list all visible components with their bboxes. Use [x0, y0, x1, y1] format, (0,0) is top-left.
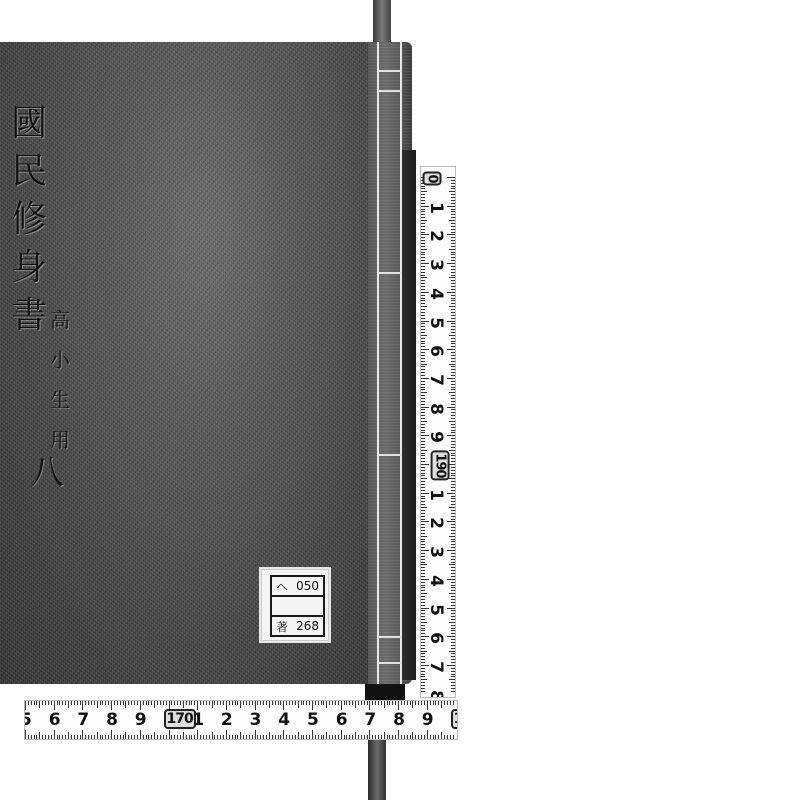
ruler-tick	[451, 656, 455, 657]
ruler-tick	[404, 735, 405, 739]
ruler-tick	[137, 701, 138, 705]
ruler-tick	[451, 501, 455, 502]
ruler-tick	[451, 562, 455, 563]
ruler-tick	[421, 541, 425, 542]
ruler-tick	[220, 735, 221, 739]
ruler-tick	[421, 415, 425, 416]
ruler-tick	[451, 599, 455, 600]
ruler-number: 8	[393, 710, 405, 730]
ruler-tick	[421, 226, 425, 227]
ruler-tick	[451, 300, 455, 301]
ruler-tick	[74, 735, 75, 739]
ruler-tick	[451, 630, 455, 631]
ruler-tick	[421, 355, 425, 356]
ruler-tick	[451, 229, 455, 230]
ruler-tick	[421, 516, 425, 517]
ruler-tick	[421, 246, 425, 247]
ruler-tick	[358, 701, 359, 705]
ruler-tick	[421, 306, 427, 307]
ruler-tick	[421, 352, 425, 353]
ruler-tick	[289, 701, 290, 705]
ruler-number: 3	[250, 710, 262, 730]
ruler-tick	[451, 682, 455, 683]
ruler-tick	[451, 573, 455, 574]
ruler-tick	[421, 194, 425, 195]
ruler-tick	[312, 730, 313, 739]
ruler-tick	[415, 735, 416, 739]
ruler-tick	[42, 701, 43, 705]
ruler-tick	[421, 619, 425, 620]
ruler-tick	[269, 701, 270, 708]
ruler-tick	[447, 349, 455, 350]
ruler-tick	[206, 735, 207, 739]
ruler-tick	[421, 260, 425, 261]
ruler-tick	[451, 240, 455, 241]
ruler-tick	[255, 701, 256, 710]
ruler-tick	[451, 447, 455, 448]
ruler-tick	[421, 220, 427, 221]
label-row-blank	[272, 597, 323, 617]
ruler-tick	[421, 602, 425, 603]
ruler-tick	[451, 275, 455, 276]
ruler-tick	[323, 735, 324, 739]
binding-stitch	[378, 70, 402, 72]
ruler-tick	[209, 701, 210, 705]
ruler-tick	[449, 277, 455, 278]
ruler-tick	[451, 596, 455, 597]
ruler-number: 6	[426, 345, 446, 357]
ruler-tick	[120, 701, 121, 705]
ruler-tick	[249, 701, 250, 705]
ruler-tick	[111, 701, 112, 710]
ruler-tick	[148, 701, 149, 705]
ruler-tick	[421, 401, 425, 402]
ruler-tick	[435, 701, 436, 705]
ruler-tick	[421, 444, 425, 445]
ruler-tick	[171, 735, 172, 739]
ruler-tick	[344, 701, 345, 705]
ruler-tick	[272, 701, 273, 705]
ruler-tick	[451, 432, 455, 433]
ruler-tick	[421, 651, 427, 652]
ruler-number: 190	[431, 450, 450, 480]
ruler-tick	[269, 732, 270, 739]
ruler-tick	[451, 343, 455, 344]
ruler-tick	[421, 616, 425, 617]
ruler-tick	[451, 223, 455, 224]
ruler-tick	[421, 329, 425, 330]
ruler-tick	[421, 679, 427, 680]
ruler-tick	[449, 564, 455, 565]
ruler-tick	[252, 701, 253, 705]
ruler-tick	[451, 441, 455, 442]
ruler-tick	[387, 701, 388, 705]
ruler-tick	[389, 701, 390, 705]
ruler-tick	[100, 735, 101, 739]
ruler-tick	[34, 701, 35, 705]
ruler-tick	[451, 642, 455, 643]
ruler-tick	[451, 214, 455, 215]
ruler-tick	[421, 504, 425, 505]
ruler-tick	[421, 642, 425, 643]
ruler-number: 8	[426, 403, 446, 415]
ruler-tick	[421, 653, 425, 654]
ruler-tick	[421, 361, 425, 362]
ruler-tick	[447, 292, 455, 293]
ruler-tick	[451, 530, 455, 531]
ruler-tick	[421, 381, 425, 382]
ruler-tick	[369, 701, 370, 710]
ruler-tick	[34, 735, 35, 739]
ruler-tick	[257, 735, 258, 739]
ruler-tick	[154, 701, 155, 708]
ruler-tick	[451, 524, 455, 525]
ruler-tick	[451, 387, 455, 388]
ruler-tick	[48, 701, 49, 705]
ruler-tick	[421, 269, 425, 270]
ruler-tick	[137, 735, 138, 739]
ruler-tick	[421, 582, 425, 583]
ruler-tick	[62, 701, 63, 705]
ruler-tick	[31, 701, 32, 705]
ruler-tick	[451, 590, 455, 591]
ruler-tick	[421, 481, 425, 482]
ruler-tick	[421, 237, 425, 238]
title-char: 身	[11, 244, 47, 292]
ruler-tick	[451, 473, 455, 474]
ruler-tick	[361, 701, 362, 705]
vertical-ruler: 012345678919012345678	[420, 166, 456, 698]
ruler-tick	[191, 701, 192, 705]
ruler-tick	[209, 735, 210, 739]
binding-stitch	[378, 662, 402, 664]
ruler-tick	[260, 735, 261, 739]
ruler-tick	[197, 730, 198, 739]
ruler-tick	[421, 596, 425, 597]
binding-stick-bottom	[368, 738, 386, 800]
ruler-tick	[318, 735, 319, 739]
ruler-tick	[407, 701, 408, 705]
ruler-tick	[421, 564, 427, 565]
ruler-tick	[212, 732, 213, 739]
ruler-tick	[421, 298, 425, 299]
ruler-tick	[421, 533, 425, 534]
binding-thread	[400, 42, 402, 684]
ruler-tick	[421, 567, 425, 568]
ruler-number: 2	[426, 517, 446, 529]
ruler-tick	[85, 701, 86, 705]
ruler-tick	[421, 243, 425, 244]
ruler-tick	[315, 701, 316, 705]
ruler-tick	[421, 556, 425, 557]
ruler-tick	[451, 197, 455, 198]
ruler-tick	[451, 467, 455, 468]
ruler-tick	[451, 570, 455, 571]
ruler-tick	[68, 732, 69, 739]
ruler-tick	[85, 735, 86, 739]
ruler-tick	[31, 735, 32, 739]
ruler-tick	[421, 338, 425, 339]
ruler-tick	[447, 608, 455, 609]
ruler-tick	[243, 735, 244, 739]
ruler-tick	[59, 735, 60, 739]
ruler-tick	[421, 656, 425, 657]
ruler-tick	[341, 730, 342, 739]
ruler-tick	[449, 450, 455, 451]
ruler-tick	[364, 735, 365, 739]
ruler-tick	[451, 369, 455, 370]
ruler-tick	[451, 576, 455, 577]
ruler-tick	[421, 346, 425, 347]
ruler-tick	[451, 653, 455, 654]
ruler-tick	[421, 527, 425, 528]
ruler-tick	[88, 735, 89, 739]
ruler-tick	[421, 547, 425, 548]
ruler-tick	[381, 701, 382, 705]
ruler-tick	[421, 553, 425, 554]
ruler-tick	[364, 701, 365, 705]
ruler-tick	[421, 484, 425, 485]
ruler-tick	[421, 392, 427, 393]
ruler-tick	[451, 516, 455, 517]
ruler-tick	[421, 369, 425, 370]
title-char: 國	[11, 100, 47, 148]
ruler-tick	[352, 735, 353, 739]
ruler-tick	[160, 735, 161, 739]
ruler-tick	[82, 730, 83, 739]
ruler-tick	[421, 209, 425, 210]
ruler-tick	[315, 735, 316, 739]
ruler-tick	[421, 197, 425, 198]
ruler-tick	[450, 701, 451, 705]
ruler-tick	[223, 701, 224, 705]
ruler-tick	[421, 461, 425, 462]
ruler-tick	[358, 735, 359, 739]
ruler-tick	[280, 735, 281, 739]
ruler-tick	[451, 341, 455, 342]
title-char: 民	[11, 148, 47, 196]
ruler-tick	[229, 735, 230, 739]
ruler-tick	[421, 358, 425, 359]
ruler-tick	[451, 355, 455, 356]
ruler-tick	[114, 701, 115, 705]
ruler-tick	[54, 730, 55, 739]
ruler-tick	[451, 384, 455, 385]
ruler-tick	[421, 280, 425, 281]
ruler-tick	[421, 464, 429, 465]
ruler-tick	[68, 701, 69, 708]
ruler-tick	[421, 312, 425, 313]
ruler-tick	[451, 203, 455, 204]
ruler-tick	[143, 701, 144, 705]
ruler-tick	[451, 671, 455, 672]
ruler-tick	[451, 395, 455, 396]
ruler-tick	[421, 539, 425, 540]
ruler-tick	[421, 688, 425, 689]
ruler-tick	[421, 283, 425, 284]
ruler-tick	[421, 191, 427, 192]
ruler-tick	[295, 701, 296, 705]
ruler-tick	[352, 701, 353, 705]
ruler-tick	[451, 610, 455, 611]
ruler-tick	[321, 701, 322, 705]
ruler-tick	[447, 665, 455, 666]
ruler-tick	[174, 701, 175, 705]
ruler-tick	[451, 616, 455, 617]
ruler-tick	[91, 735, 92, 739]
ruler-tick	[143, 735, 144, 739]
ruler-tick	[372, 735, 373, 739]
ruler-tick	[301, 735, 302, 739]
ruler-tick	[438, 701, 439, 705]
ruler-tick	[421, 496, 425, 497]
ruler-tick	[449, 220, 455, 221]
ruler-tick	[412, 701, 413, 708]
ruler-tick	[451, 194, 455, 195]
ruler-tick	[421, 277, 427, 278]
ruler-tick	[361, 735, 362, 739]
ruler-tick	[105, 701, 106, 705]
ruler-tick	[421, 467, 425, 468]
ruler-tick	[387, 735, 388, 739]
ruler-tick	[263, 701, 264, 705]
ruler-number: 9	[135, 710, 147, 730]
ruler-tick	[151, 701, 152, 705]
ruler-tick	[421, 223, 425, 224]
ruler-tick	[421, 289, 425, 290]
ruler-tick	[427, 701, 428, 710]
ruler-number: 4	[426, 575, 446, 587]
ruler-tick	[451, 453, 455, 454]
ruler-tick	[451, 412, 455, 413]
ruler-tick	[451, 688, 455, 689]
ruler-tick	[206, 701, 207, 705]
ruler-tick	[451, 381, 455, 382]
ruler-tick	[341, 701, 342, 710]
ruler-tick	[421, 232, 425, 233]
ruler-number: 2	[221, 710, 233, 730]
binding-stitch	[378, 636, 402, 638]
ruler-tick	[451, 427, 455, 428]
ruler-tick	[157, 735, 158, 739]
ruler-tick	[194, 701, 195, 705]
ruler-tick	[189, 701, 190, 705]
ruler-tick	[421, 573, 425, 574]
ruler-tick	[272, 735, 273, 739]
library-call-label: ヘ 050 著 268	[261, 569, 329, 641]
ruler-tick	[451, 628, 455, 629]
ruler-number: 2	[426, 230, 446, 242]
ruler-tick	[421, 605, 425, 606]
ruler-tick	[286, 735, 287, 739]
subtitle-char: 小	[50, 340, 70, 380]
ruler-tick	[226, 701, 227, 710]
ruler-tick	[255, 730, 256, 739]
ruler-tick	[148, 735, 149, 739]
ruler-tick	[177, 735, 178, 739]
ruler-tick	[451, 685, 455, 686]
ruler-tick	[232, 735, 233, 739]
ruler-tick	[421, 326, 425, 327]
ruler-tick	[451, 559, 455, 560]
ruler-tick	[421, 487, 425, 488]
ruler-tick	[421, 372, 425, 373]
ruler-tick	[421, 478, 427, 479]
ruler-tick	[451, 556, 455, 557]
ruler-tick	[421, 662, 425, 663]
ruler-tick	[367, 735, 368, 739]
ruler-tick	[421, 366, 425, 367]
ruler-tick	[97, 701, 98, 708]
ruler-tick	[424, 701, 425, 705]
ruler-tick	[375, 701, 376, 705]
ruler-tick	[451, 461, 455, 462]
ruler-tick	[186, 701, 187, 705]
ruler-tick	[451, 676, 455, 677]
ruler-tick	[146, 701, 147, 705]
ruler-tick	[451, 246, 455, 247]
ruler-tick	[275, 735, 276, 739]
ruler-number: 5	[426, 317, 446, 329]
ruler-tick	[275, 701, 276, 705]
ruler-tick	[451, 455, 455, 456]
ruler-tick	[421, 295, 425, 296]
ruler-tick	[223, 735, 224, 739]
ruler-tick	[421, 671, 425, 672]
horizontal-ruler: 5678917012345678918	[24, 700, 458, 740]
ruler-tick	[451, 366, 455, 367]
ruler-tick	[154, 732, 155, 739]
ruler-number: 18	[451, 709, 459, 729]
ruler-tick	[349, 735, 350, 739]
ruler-tick	[125, 701, 126, 708]
ruler-tick	[180, 735, 181, 739]
ruler-tick	[346, 701, 347, 705]
ruler-tick	[80, 735, 81, 739]
ruler-tick	[169, 730, 170, 739]
ruler-tick	[102, 735, 103, 739]
ruler-tick	[372, 701, 373, 705]
ruler-tick	[57, 735, 58, 739]
ruler-tick	[295, 735, 296, 739]
ruler-number: 6	[426, 632, 446, 644]
ruler-tick	[240, 701, 241, 708]
ruler-number: 7	[426, 374, 446, 386]
ruler-tick	[421, 676, 425, 677]
ruler-tick	[421, 188, 425, 189]
ruler-tick	[421, 303, 425, 304]
ruler-tick	[451, 613, 455, 614]
ruler-tick	[309, 701, 310, 705]
ruler-tick	[451, 418, 455, 419]
ruler-tick	[180, 701, 181, 705]
ruler-tick	[421, 559, 425, 560]
ruler-tick	[160, 701, 161, 705]
ruler-tick	[74, 701, 75, 705]
ruler-tick	[39, 732, 40, 739]
ruler-tick	[451, 541, 455, 542]
ruler-tick	[447, 206, 455, 207]
ruler-tick	[451, 280, 455, 281]
ruler-tick	[39, 701, 40, 708]
ruler-tick	[421, 395, 425, 396]
ruler-number: 6	[49, 710, 61, 730]
ruler-tick	[449, 364, 455, 365]
ruler-tick	[97, 732, 98, 739]
ruler-tick	[249, 735, 250, 739]
ruler-tick	[378, 701, 379, 705]
ruler-tick	[421, 430, 425, 431]
